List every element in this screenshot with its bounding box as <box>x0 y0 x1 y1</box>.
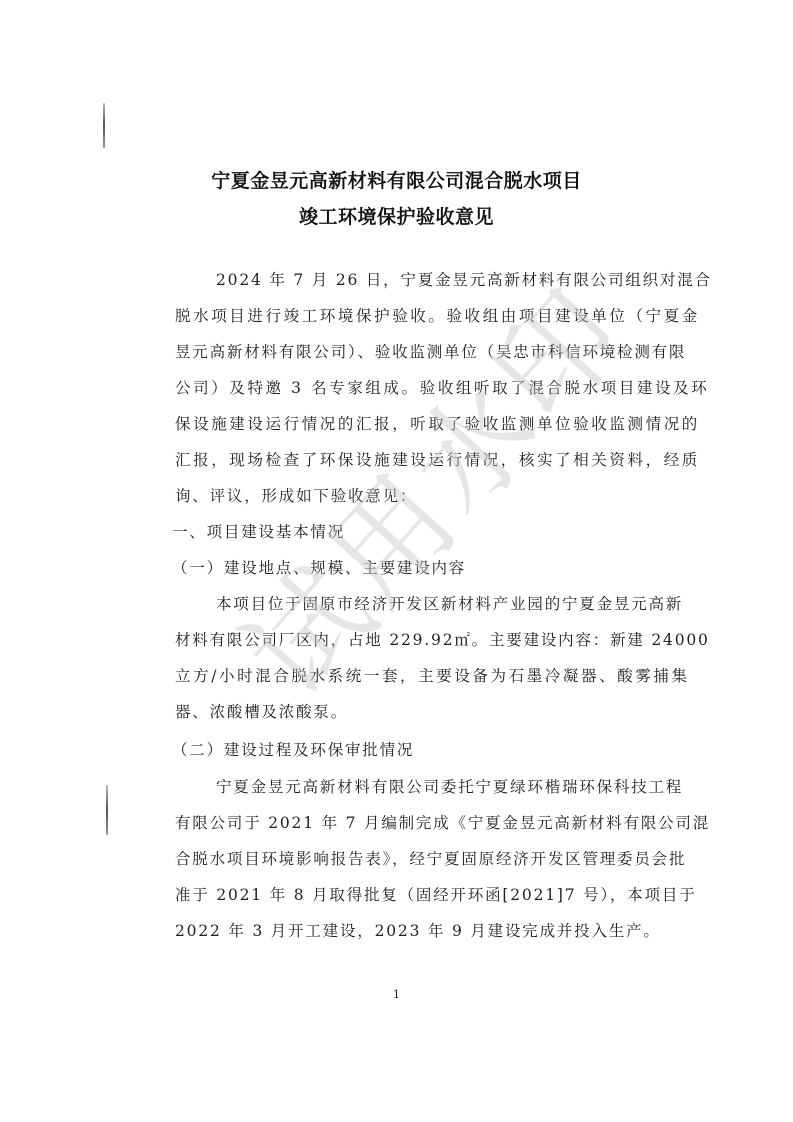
document-title-line-2: 竣工环境保护验收意见 <box>0 202 793 229</box>
text-line: 2024 年 7 月 26 日，宁夏金昱元高新材料有限公司组织对混合 <box>216 270 686 290</box>
text-line: 材料有限公司厂区内，占地 229.92㎡。主要建设内容：新建 24000 <box>175 630 645 650</box>
document-title-line-1: 宁夏金昱元高新材料有限公司混合脱水项目 <box>0 166 793 193</box>
text-line: 公司）及特邀 3 名专家组成。验收组听取了混合脱水项目建设及环 <box>175 378 645 398</box>
section-heading-1: 一、项目建设基本情况 <box>172 522 642 542</box>
text-line: 保设施建设运行情况的汇报，听取了验收监测单位验收监测情况的 <box>175 414 645 434</box>
page-number: 1 <box>0 988 793 1001</box>
text-line: 昱元高新材料有限公司）、验收监测单位（吴忠市科信环境检测有限 <box>175 342 645 362</box>
subsection-heading-1-1: （一）建设地点、规模、主要建设内容 <box>172 558 642 578</box>
text-line: 宁夏金昱元高新材料有限公司委托宁夏绿环楷瑞环保科技工程 <box>216 777 686 797</box>
text-line: 汇报，现场检查了环保设施建设运行情况，核实了相关资料，经质 <box>175 450 645 470</box>
text-line: 询、评议，形成如下验收意见： <box>175 486 645 506</box>
text-line: 器、浓酸槽及浓酸泵。 <box>175 702 645 722</box>
text-line: 脱水项目进行竣工环境保护验收。验收组由项目建设单位（宁夏金 <box>175 306 645 326</box>
text-line: 2022 年 3 月开工建设，2023 年 9 月建设完成并投入生产。 <box>175 921 645 941</box>
text-line: 立方/小时混合脱水系统一套，主要设备为石墨冷凝器、酸雾捕集 <box>175 666 645 686</box>
text-line: 本项目位于固原市经济开发区新材料产业园的宁夏金昱元高新 <box>216 594 686 614</box>
scan-mark-top <box>103 103 105 148</box>
scan-mark-middle <box>106 785 108 835</box>
subsection-heading-1-2: （二）建设过程及环保审批情况 <box>172 740 642 760</box>
text-line: 有限公司于 2021 年 7 月编制完成《宁夏金昱元高新材料有限公司混 <box>175 813 645 833</box>
text-line: 合脱水项目环境影响报告表》，经宁夏固原经济开发区管理委员会批 <box>175 849 645 869</box>
text-line: 准于 2021 年 8 月取得批复（固经开环函[2021]7 号），本项目于 <box>175 885 645 905</box>
